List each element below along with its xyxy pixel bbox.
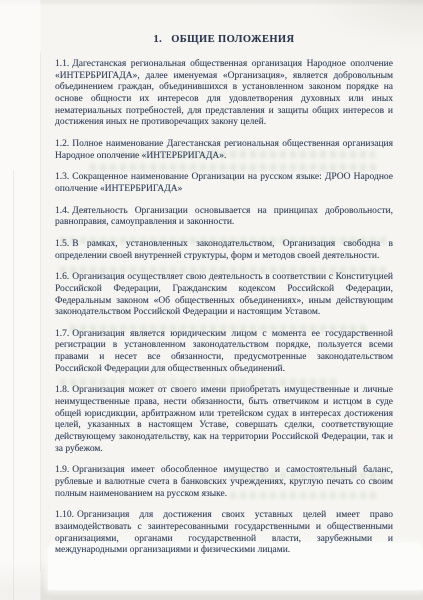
paragraph-1-9: 1.9.Организация имеет обособленное имуще…: [55, 465, 393, 500]
paragraph-1-1: 1.1.Дагестанская региональная общественн…: [55, 59, 393, 129]
scan-crease: [40, 52, 41, 572]
paragraph-1-2: 1.2.Полное наименование Дагестанская рег…: [55, 139, 393, 162]
paragraph-text: Организация осуществляет свою деятельнос…: [55, 272, 393, 317]
section-title-text: ОБЩИЕ ПОЛОЖЕНИЯ: [171, 34, 294, 45]
scan-crease: [13, 170, 14, 600]
paragraph-text: Организация может от своего имени приобр…: [55, 385, 393, 453]
paragraph-text: Сокращенное наименование Организации на …: [55, 172, 393, 194]
paragraph-number: 1.4.: [55, 206, 69, 216]
paragraph-number: 1.1.: [55, 59, 69, 69]
paragraph-1-3: 1.3.Сокращенное наименование Организации…: [55, 172, 393, 195]
paragraph-text: Организация имеет обособленное имущество…: [55, 465, 393, 498]
paragraph-text: Организация является юридическим лицом с…: [55, 329, 393, 374]
paragraph-1-5: 1.5.В рамках, установленных законодатель…: [55, 239, 393, 262]
paragraph-1-6: 1.6.Организация осуществляет свою деятел…: [55, 272, 393, 319]
paragraph-text: Организация для достижения своих уставны…: [55, 510, 393, 555]
paragraph-number: 1.10.: [55, 510, 74, 520]
scanned-document-page: 1.ОБЩИЕ ПОЛОЖЕНИЯ 1.1.Дагестанская регио…: [0, 0, 423, 600]
paragraph-1-10: 1.10.Организация для достижения своих ус…: [55, 510, 393, 557]
paragraph-text: Полное наименование Дагестанская региона…: [55, 139, 393, 161]
document-body: 1.ОБЩИЕ ПОЛОЖЕНИЯ 1.1.Дагестанская регио…: [55, 33, 393, 557]
paragraph-number: 1.5.: [55, 239, 69, 249]
section-heading: 1.ОБЩИЕ ПОЛОЖЕНИЯ: [55, 33, 393, 46]
paragraph-number: 1.6.: [55, 272, 69, 282]
paragraph-number: 1.7.: [55, 329, 69, 339]
paragraph-1-8: 1.8.Организация может от своего имени пр…: [55, 385, 393, 455]
section-number: 1.: [154, 34, 163, 45]
paragraph-number: 1.9.: [55, 465, 69, 475]
paragraph-1-7: 1.7.Организация является юридическим лиц…: [55, 329, 393, 376]
paragraph-number: 1.8.: [55, 385, 69, 395]
paragraph-text: Дагестанская региональная общественная о…: [55, 59, 393, 127]
paragraph-1-4: 1.4.Деятельность Организации основываетс…: [55, 206, 393, 229]
paragraph-text: Деятельность Организации основывается на…: [55, 206, 393, 228]
paragraph-text: В рамках, установленных законодательство…: [55, 239, 393, 261]
paragraph-number: 1.2.: [55, 139, 69, 149]
paragraph-number: 1.3.: [55, 172, 69, 182]
